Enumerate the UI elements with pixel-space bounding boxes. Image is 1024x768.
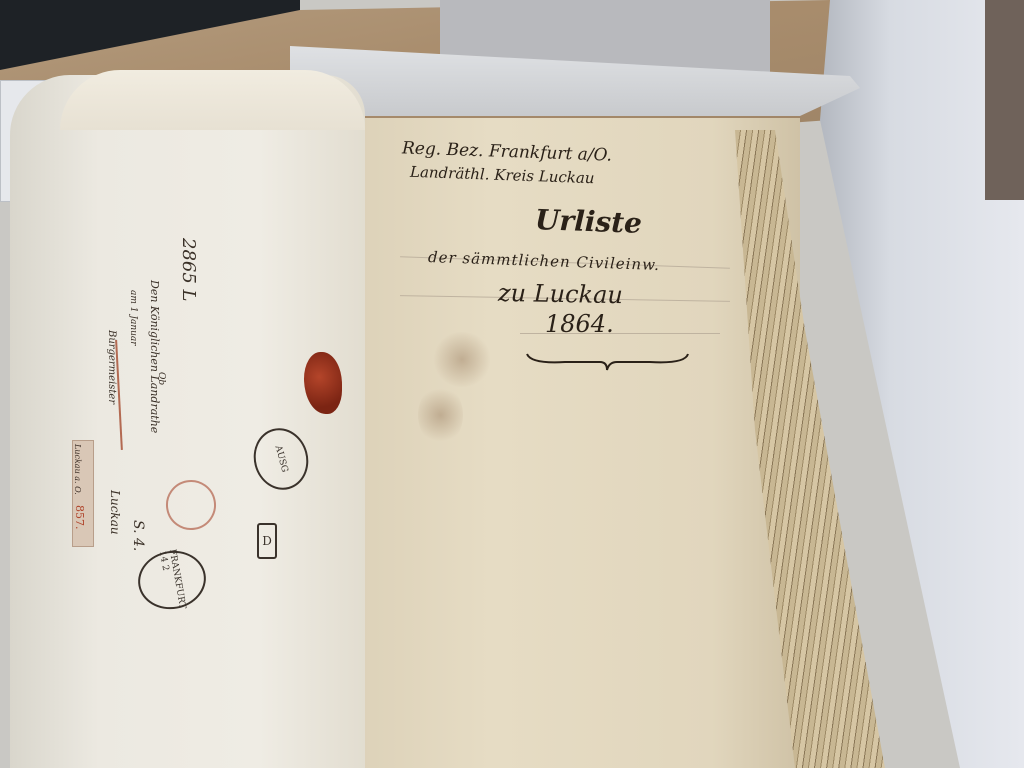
label-slip-text: Luckau a. O. — [73, 444, 82, 495]
background-shadow — [985, 0, 1024, 200]
box-stamp-icon: D — [257, 523, 277, 559]
document-place: zu Luckau — [498, 279, 623, 309]
document-title: Urliste — [534, 203, 642, 240]
file-number-note: 2865 L — [178, 238, 199, 301]
address-line: Den Königlichen Landrathe — [148, 280, 161, 433]
annotation-note: Ob — [156, 372, 166, 385]
document-year: 1864. — [545, 310, 614, 338]
label-slip-number: 857. — [73, 505, 86, 530]
flourish-ornament-icon — [525, 350, 690, 372]
water-stain — [432, 332, 492, 387]
destination-note: Luckau — [108, 490, 122, 535]
address-line: am 1 Januar — [128, 290, 138, 346]
water-stain — [418, 385, 463, 445]
page-curl — [60, 70, 365, 130]
folded-cover-sheet — [10, 75, 365, 768]
signature-note: S. 4. — [130, 520, 146, 551]
